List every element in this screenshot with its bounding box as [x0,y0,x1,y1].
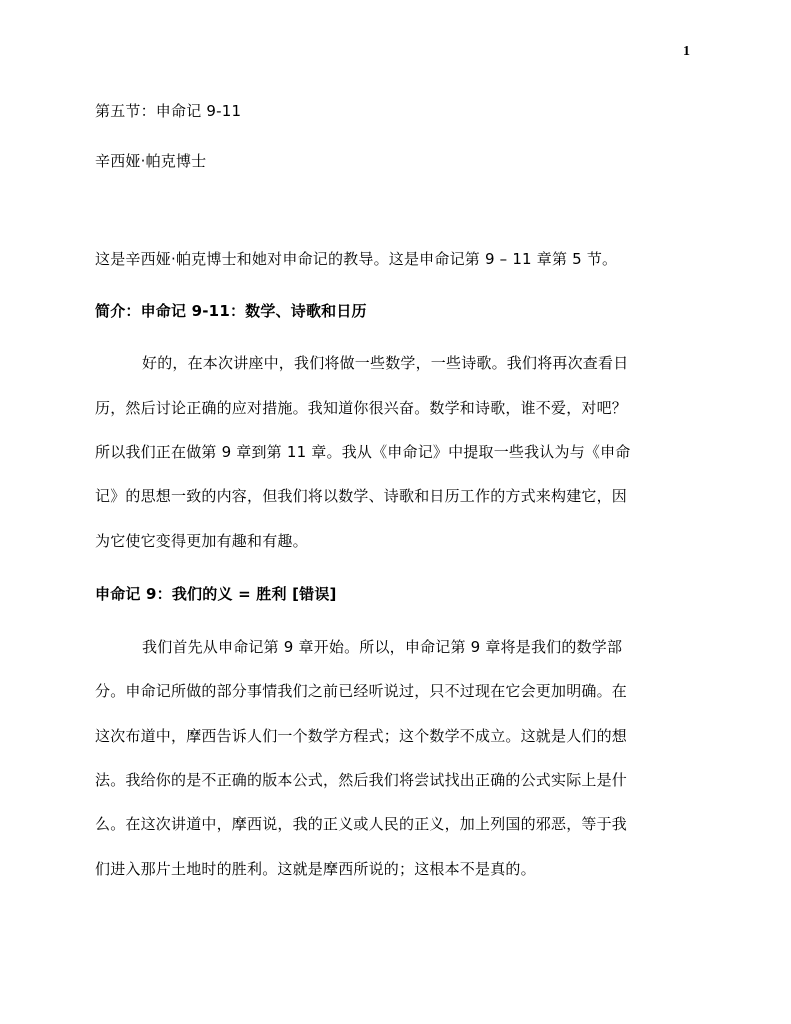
paragraph-line: 记》的思想一致的内容，但我们将以数学、诗歌和日历工作的方式来构建它，因 [95,485,627,506]
paragraph-line: 们进入那片土地时的胜利。这就是摩西所说的；这根本不是真的。 [95,858,536,879]
paragraph-line: 么。在这次讲道中，摩西说，我的正义或人民的正义，加上列国的邪恶，等于我 [95,813,627,834]
document-title: 第五节：申命记 9-11 [95,100,241,121]
paragraph-line: 分。申命记所做的部分事情我们之前已经听说过，只不过现在它会更加明确。在 [95,680,627,701]
section-heading-intro: 简介：申命记 9-11：数学、诗歌和日历 [95,300,367,321]
paragraph-line: 所以我们正在做第 9 章到第 11 章。我从《申命记》中提取一些我认为与《申命 [95,441,631,462]
paragraph-line: 好的，在本次讲座中，我们将做一些数学，一些诗歌。我们将再次查看日 [142,352,628,373]
intro-line: 这是辛西娅·帕克博士和她对申命记的教导。这是申命记第 9 – 11 章第 5 节… [95,248,617,269]
paragraph-line: 法。我给你的是不正确的版本公式，然后我们将尝试找出正确的公式实际上是什 [95,769,627,790]
paragraph-line: 为它使它变得更加有趣和有趣。 [95,530,308,551]
section-heading-deut-9: 申命记 9：我们的义 = 胜利 [错误] [95,583,337,604]
paragraph-line: 这次布道中，摩西告诉人们一个数学方程式；这个数学不成立。这就是人们的想 [95,725,627,746]
page-number: 1 [683,44,690,60]
paragraph-line: 我们首先从申命记第 9 章开始。所以，申命记第 9 章将是我们的数学部 [142,636,622,657]
author-name: 辛西娅·帕克博士 [95,150,206,171]
paragraph-line: 历，然后讨论正确的应对措施。我知道你很兴奋。数学和诗歌，谁不爱，对吧？ [95,397,627,418]
